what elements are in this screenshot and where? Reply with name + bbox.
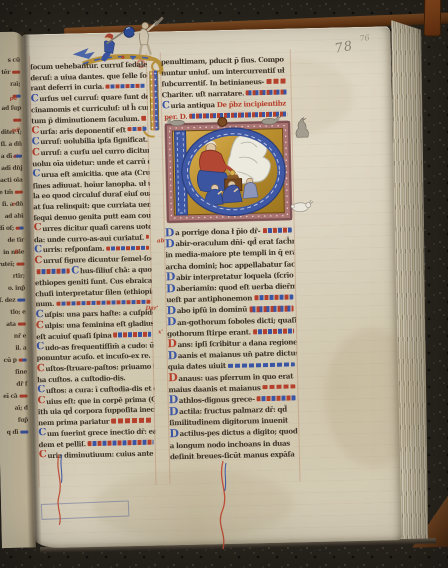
margin-note: ab bbox=[157, 238, 165, 244]
fragment-text: : a dī bbox=[0, 152, 12, 159]
margin-note: Dar' bbox=[145, 305, 158, 311]
line-text: uria antiqua bbox=[170, 100, 214, 110]
versal-initial: D bbox=[167, 319, 176, 325]
pennant-ribbon bbox=[73, 48, 95, 59]
historiated-initial-D bbox=[164, 120, 292, 223]
line-filler bbox=[262, 384, 295, 389]
line-filler bbox=[141, 116, 146, 121]
drollery-club-man bbox=[134, 18, 163, 55]
versal-initial: C bbox=[37, 366, 45, 372]
margin-note: R' bbox=[14, 250, 20, 256]
versal-initial: D bbox=[166, 274, 175, 280]
line-filler bbox=[228, 362, 295, 368]
line-text: gothorum ſtirpe erant. bbox=[167, 327, 251, 338]
versal-initial: C bbox=[36, 312, 44, 318]
versal-initial: C bbox=[32, 172, 40, 178]
manuscript-page: 78 76 bbox=[22, 26, 402, 548]
folio-number-secondary: 76 bbox=[359, 33, 370, 43]
versal-initial: D bbox=[169, 409, 178, 415]
line-text: a porrige dona ł p̄io dr̄- bbox=[175, 226, 260, 237]
ornamental-bar-border bbox=[149, 70, 159, 130]
text-column-right-top: penultimam, pducit p̄ ſius. Compo nuntur… bbox=[161, 53, 289, 122]
folio-number-pencil: 78 bbox=[333, 39, 354, 57]
open-book: s cū ua tēr raī; bbox=[0, 0, 448, 568]
line-filler bbox=[257, 396, 296, 401]
photo-of-illuminated-manuscript: s cū ua tēr raī; bbox=[0, 0, 448, 568]
hare-drawing-right-margin bbox=[291, 117, 309, 139]
line-filler bbox=[113, 332, 151, 337]
versal-initial: C bbox=[32, 150, 40, 156]
rabbit-drawing-below-initial bbox=[290, 199, 313, 213]
versal-initial: D bbox=[167, 342, 176, 348]
fragment-text: de tm̄ bbox=[0, 188, 13, 195]
line-text: urſa: aris deponentiſ eſt bbox=[40, 125, 126, 136]
pen-flourish-left bbox=[53, 455, 69, 527]
margin-note: pa bbox=[10, 96, 18, 102]
text-column-left: ſocum uehebantur. curruſ ſedale ī ſe der… bbox=[30, 59, 156, 461]
versal-initial: C bbox=[71, 268, 79, 274]
line-filler bbox=[111, 418, 153, 423]
fragment-text: ata bbox=[6, 320, 16, 327]
line-filler bbox=[106, 245, 149, 250]
line-filler bbox=[37, 269, 70, 274]
versal-initial: D bbox=[169, 431, 178, 437]
fragment-text: ruteī; bbox=[0, 260, 15, 267]
versal-initial: C bbox=[38, 398, 46, 404]
versal-initial: C bbox=[37, 387, 45, 393]
fragment-text: adī oſ; bbox=[0, 224, 14, 231]
versal-initial: C bbox=[36, 344, 44, 350]
line-text: quia dates uiuit bbox=[168, 361, 226, 371]
versal-initial: D bbox=[166, 286, 175, 292]
line-text: hus-ſiliuſ chā: a quo bbox=[80, 265, 152, 276]
text-column-right-entries: D a porrige dona ł p̄io dr̄- D abir-orac… bbox=[165, 224, 299, 462]
frame-knob bbox=[218, 117, 227, 126]
pen-flourish-right bbox=[215, 461, 233, 553]
versal-initial: D bbox=[168, 375, 177, 381]
versal-initial: C bbox=[34, 258, 42, 264]
margin-note: x' bbox=[158, 329, 163, 335]
line-text: urris: reſponſam. bbox=[43, 244, 105, 254]
fragment-text: q dī bbox=[7, 428, 19, 435]
line-filler bbox=[88, 440, 154, 446]
manuscript-text-line: deſinit breues-ſicūt manus expāſa bbox=[170, 448, 299, 462]
fragment-text: ſ. dez bbox=[0, 296, 15, 303]
line-filler bbox=[254, 295, 293, 300]
line-text: rant deferri in curia. bbox=[30, 82, 104, 93]
blue-ball bbox=[124, 27, 135, 38]
versal-initial: C bbox=[36, 323, 44, 329]
fragment-text: cū p bbox=[3, 356, 16, 363]
fragment-text: eī cā bbox=[3, 392, 17, 399]
versal-initial: C bbox=[38, 431, 46, 437]
versal-initial: C bbox=[34, 225, 42, 231]
line-filler bbox=[146, 235, 149, 240]
line-filler bbox=[253, 328, 294, 333]
versal-initial: D bbox=[165, 241, 174, 247]
line-text: athlos-dignus grece- bbox=[179, 394, 255, 405]
line-text: abo ipſū in dominū bbox=[177, 305, 248, 316]
gold-vessel bbox=[230, 170, 235, 175]
line-filler bbox=[189, 111, 287, 119]
line-text: ueſt par antiphonemon bbox=[166, 294, 252, 305]
versal-initial: C bbox=[32, 139, 40, 145]
line-text: dem et pelliſ. bbox=[38, 439, 85, 449]
versal-initial: C bbox=[34, 247, 42, 253]
versal-initial: D bbox=[165, 230, 174, 236]
rubric-text: De p̄bz incipientibz bbox=[217, 99, 286, 110]
versal-initial: C bbox=[31, 128, 39, 134]
line-filler bbox=[266, 79, 286, 84]
line-text: num. bbox=[35, 299, 54, 308]
line-filler bbox=[127, 127, 146, 132]
line-text: nem prima pariatur bbox=[38, 417, 109, 428]
versal-initial: C bbox=[39, 452, 47, 458]
line-filler bbox=[246, 89, 287, 95]
versal-initial: C bbox=[31, 96, 39, 102]
line-text: eſt acuiuſ quaſi ſpina bbox=[36, 330, 112, 341]
fragment-text: ua tēr bbox=[0, 68, 10, 75]
versal-initial: D bbox=[168, 353, 177, 359]
line-filler bbox=[262, 228, 292, 233]
line-text: deſinit breues-ſicūt manus expāſa bbox=[170, 449, 295, 461]
line-text: Chariter. uſt narratare. bbox=[162, 88, 245, 99]
versal-initial: D bbox=[167, 308, 176, 314]
margin-note: a' bbox=[13, 154, 18, 160]
margin-note: e' bbox=[12, 202, 17, 208]
line-filler bbox=[106, 83, 146, 88]
versal-initial: C bbox=[162, 103, 170, 109]
line-filler bbox=[56, 299, 150, 306]
line-filler bbox=[249, 306, 294, 313]
versal-initial: D bbox=[169, 397, 178, 403]
book-clasp bbox=[424, 0, 441, 36]
